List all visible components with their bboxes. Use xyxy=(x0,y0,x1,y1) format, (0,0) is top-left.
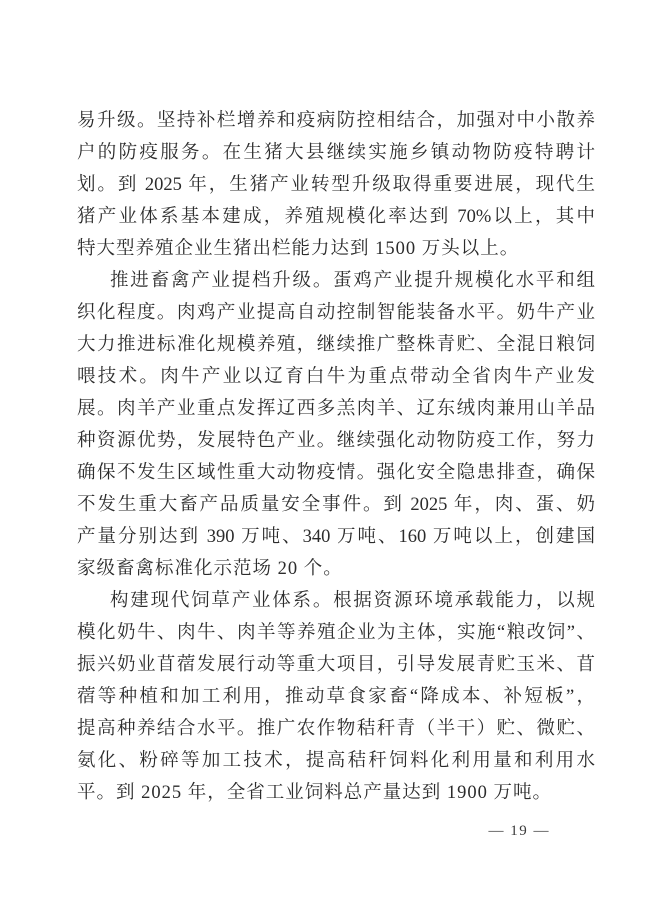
text-line: 户的防疫服务。在生猪大县继续实施乡镇动物防疫特聘计 xyxy=(77,137,595,169)
paragraph: 推进畜禽产业提档升级。蛋鸡产业提升规模化水平和组 织化程度。肉鸡产业提高自动控制… xyxy=(77,265,595,585)
text-line: 蓿等种植和加工利用，推动草食家畜“降成本、补短板”， xyxy=(77,681,595,713)
text-line: 特大型养殖企业生猪出栏能力达到 1500 万头以上。 xyxy=(77,233,595,265)
text-line: 提高种养结合水平。推广农作物秸秆青（半干）贮、微贮、 xyxy=(77,713,595,745)
text-line: 确保不发生区域性重大动物疫情。强化安全隐患排查，确保 xyxy=(77,457,595,489)
text-line: 大力推进标准化规模养殖，继续推广整株青贮、全混日粮饲 xyxy=(77,329,595,361)
text-line: 氨化、粉碎等加工技术，提高秸秆饲料化利用量和利用水 xyxy=(77,745,595,777)
text-line: 不发生重大畜产品质量安全事件。到 2025 年，肉、蛋、奶 xyxy=(77,489,595,521)
text-line: 易升级。坚持补栏增养和疫病防控相结合，加强对中小散养 xyxy=(77,105,595,137)
text-line: 家级畜禽标准化示范场 20 个。 xyxy=(77,553,595,585)
text-line: 猪产业体系基本建成，养殖规模化率达到 70%以上，其中 xyxy=(77,201,595,233)
text-line: 织化程度。肉鸡产业提高自动控制智能装备水平。奶牛产业 xyxy=(77,297,595,329)
text-line: 平。到 2025 年，全省工业饲料总产量达到 1900 万吨。 xyxy=(77,777,595,809)
text-line: 推进畜禽产业提档升级。蛋鸡产业提升规模化水平和组 xyxy=(77,265,595,297)
text-line: 喂技术。肉牛产业以辽育白牛为重点带动全省肉牛产业发 xyxy=(77,361,595,393)
text-line: 产量分别达到 390 万吨、340 万吨、160 万吨以上，创建国 xyxy=(77,521,595,553)
paragraph: 易升级。坚持补栏增养和疫病防控相结合，加强对中小散养 户的防疫服务。在生猪大县继… xyxy=(77,105,595,265)
text-line: 划。到 2025 年，生猪产业转型升级取得重要进展，现代生 xyxy=(77,169,595,201)
text-line: 模化奶牛、肉牛、肉羊等养殖企业为主体，实施“粮改饲”、 xyxy=(77,617,595,649)
page-number: — 19 — xyxy=(489,821,551,841)
text-line: 种资源优势，发展特色产业。继续强化动物防疫工作，努力 xyxy=(77,425,595,457)
text-line: 展。肉羊产业重点发挥辽西多羔肉羊、辽东绒肉兼用山羊品 xyxy=(77,393,595,425)
document-body-text: 易升级。坚持补栏增养和疫病防控相结合，加强对中小散养 户的防疫服务。在生猪大县继… xyxy=(77,105,595,809)
document-page: 易升级。坚持补栏增养和疫病防控相结合，加强对中小散养 户的防疫服务。在生猪大县继… xyxy=(0,0,650,919)
text-line: 振兴奶业苜蓿发展行动等重大项目，引导发展青贮玉米、苜 xyxy=(77,649,595,681)
text-line: 构建现代饲草产业体系。根据资源环境承载能力，以规 xyxy=(77,585,595,617)
paragraph: 构建现代饲草产业体系。根据资源环境承载能力，以规 模化奶牛、肉牛、肉羊等养殖企业… xyxy=(77,585,595,809)
